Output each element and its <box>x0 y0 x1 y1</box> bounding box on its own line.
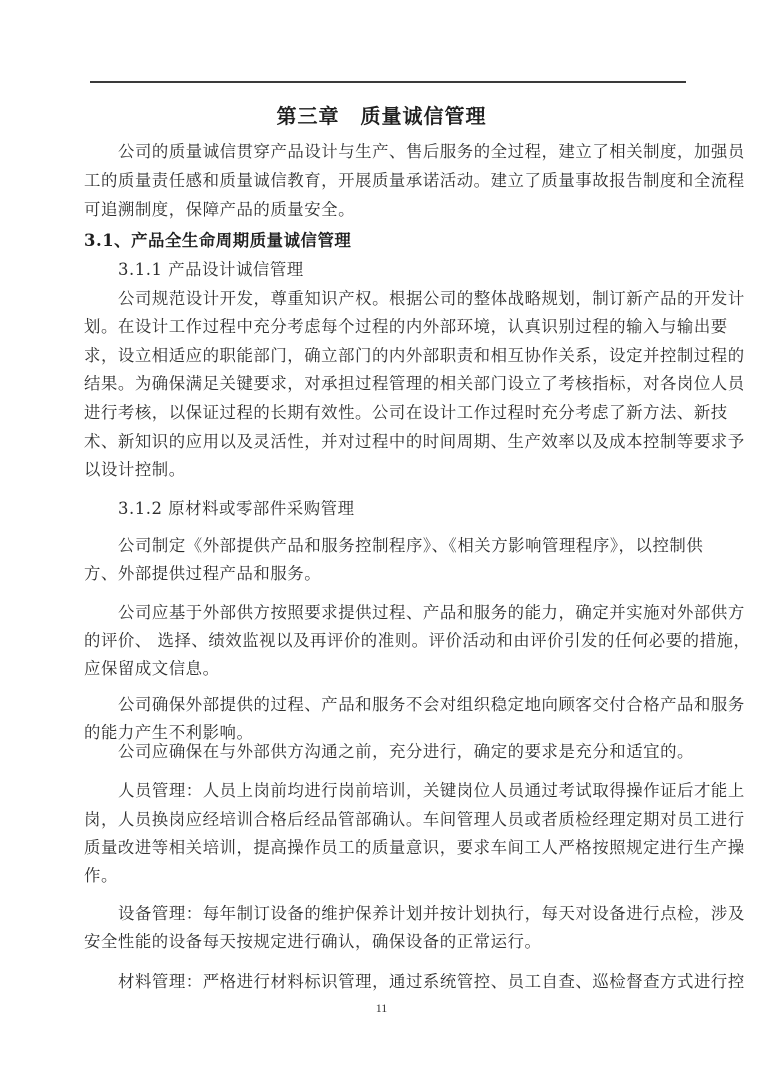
text-line: 公司规范设计开发，尊重知识产权。根据公司的整体战略规划，制订新产品的开发计 <box>118 289 686 309</box>
text-line: 公司确保外部提供的过程、产品和服务不会对组织稳定地向顾客交付合格产品和服务 <box>118 695 686 715</box>
text-line: 3.1.2 原材料或零部件采购管理 <box>118 499 686 519</box>
text-line: 岗，人员换岗应经培训合格后经品管部确认。车间管理人员或者质检经理定期对员工进行 <box>84 810 686 830</box>
section-heading: 3.1、产品全生命周期质量诚信管理 <box>84 231 686 251</box>
text-line: 应保留成文信息。 <box>84 659 686 679</box>
text-line: 术、新知识的应用以及灵活性，并对过程中的时间周期、生产效率以及成本控制等要求予 <box>84 432 686 452</box>
text-line: 设备管理：每年制订设备的维护保养计划并按计划执行，每天对设备进行点检，涉及 <box>118 904 686 924</box>
text-line: 材料管理：严格进行材料标识管理，通过系统管控、员工自查、巡检督查方式进行控 <box>118 972 686 992</box>
text-line: 划。在设计工作过程中充分考虑每个过程的内外部环境，认真识别过程的输入与输出要 <box>84 317 686 337</box>
text-line: 人员管理：人员上岗前均进行岗前培训，关键岗位人员通过考试取得操作证后才能上 <box>118 781 686 801</box>
text-line: 公司制定《外部提供产品和服务控制程序》、《相关方影响管理程序》，以控制供 <box>118 536 686 556</box>
text-line: 3.1.1 产品设计诚信管理 <box>118 260 686 280</box>
header-rule <box>90 81 686 83</box>
text-line: 作。 <box>84 866 686 886</box>
text-line: 公司应基于外部供方按照要求提供过程、产品和服务的能力，确定并实施对外部供方 <box>118 603 686 623</box>
text-line: 工的质量责任感和质量诚信教育，开展质量承诺活动。建立了质量事故报告制度和全流程 <box>84 171 686 191</box>
text-line: 的能力产生不利影响。 <box>84 723 686 743</box>
text-line: 公司的质量诚信贯穿产品设计与生产、售后服务的全过程，建立了相关制度，加强员 <box>118 142 686 162</box>
text-line: 可追溯制度，保障产品的质量安全。 <box>84 200 686 220</box>
text-line: 求，设立相适应的职能部门，确立部门的内外部职责和相互协作关系，设定并控制过程的 <box>84 346 686 366</box>
text-line: 进行考核，以保证过程的长期有效性。公司在设计工作过程时充分考虑了新方法、新技 <box>84 403 686 423</box>
chapter-title: 第三章 质量诚信管理 <box>0 100 763 129</box>
text-line: 质量改进等相关培训，提高操作员工的质量意识，要求车间工人严格按照规定进行生产操 <box>84 838 686 858</box>
page-number: 11 <box>0 1001 763 1016</box>
text-line: 以设计控制。 <box>84 460 686 480</box>
text-line: 安全性能的设备每天按规定进行确认，确保设备的正常运行。 <box>84 932 686 952</box>
text-line: 结果。为确保满足关键要求，对承担过程管理的相关部门设立了考核指标，对各岗位人员 <box>84 374 686 394</box>
text-line: 方、外部提供过程产品和服务。 <box>84 564 686 584</box>
text-line: 的评价、 选择、绩效监视以及再评价的准则。评价活动和由评价引发的任何必要的措施， <box>84 631 686 651</box>
text-line: 公司应确保在与外部供方沟通之前，充分进行，确定的要求是充分和适宜的。 <box>118 742 686 762</box>
